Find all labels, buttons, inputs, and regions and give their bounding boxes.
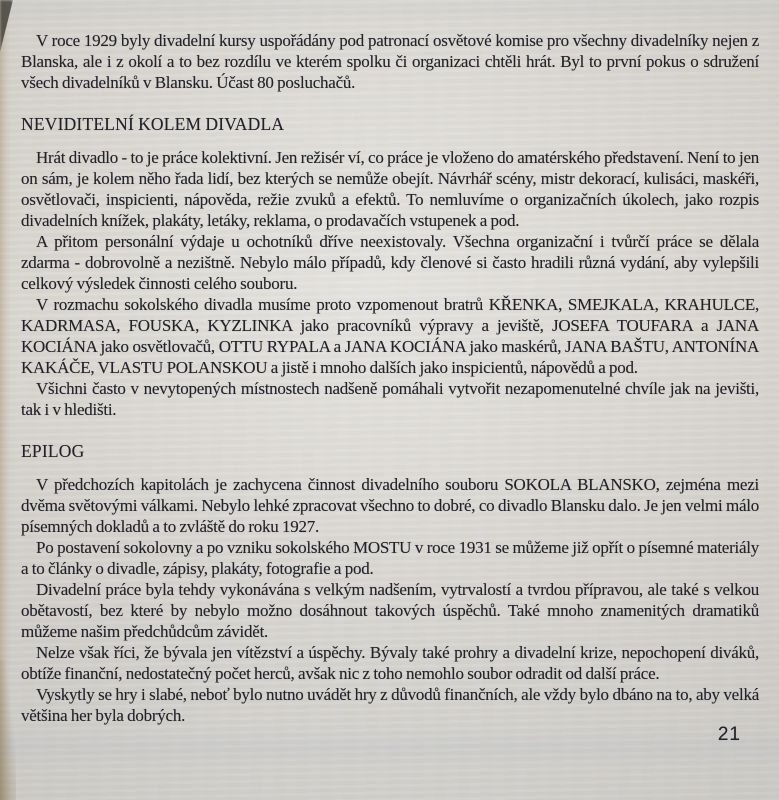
paragraph: V roce 1929 byly divadelní kursy uspořád… xyxy=(21,30,759,93)
page-text: V roce 1929 byly divadelní kursy uspořád… xyxy=(21,30,759,726)
paragraph: Vyskytly se hry i slabé, neboť bylo nutn… xyxy=(21,684,759,726)
paragraph: V předchozích kapitolách je zachycena či… xyxy=(21,474,759,537)
section-heading: EPILOG xyxy=(21,441,759,462)
paragraph: Hrát divadlo - to je práce kolektivní. J… xyxy=(21,147,759,231)
paragraph: Nelze však říci, že bývala jen vítězství… xyxy=(21,642,759,684)
paragraph: Divadelní práce byla tehdy vykonávána s … xyxy=(21,579,759,642)
section-heading: NEVIDITELNÍ KOLEM DIVADLA xyxy=(21,114,759,135)
paragraph: Všichni často v nevytopených místnostech… xyxy=(21,378,759,420)
book-page: V roce 1929 byly divadelní kursy uspořád… xyxy=(21,30,759,726)
scan-edge-shadow-bottom-left xyxy=(0,660,16,800)
paragraph: Po postavení sokolovny a po vzniku sokol… xyxy=(21,537,759,579)
paragraph: V rozmachu sokolského divadla musíme pro… xyxy=(21,294,759,378)
paragraph: A přitom personální výdaje u ochotníků d… xyxy=(21,231,759,294)
page-number: 21 xyxy=(718,724,741,746)
